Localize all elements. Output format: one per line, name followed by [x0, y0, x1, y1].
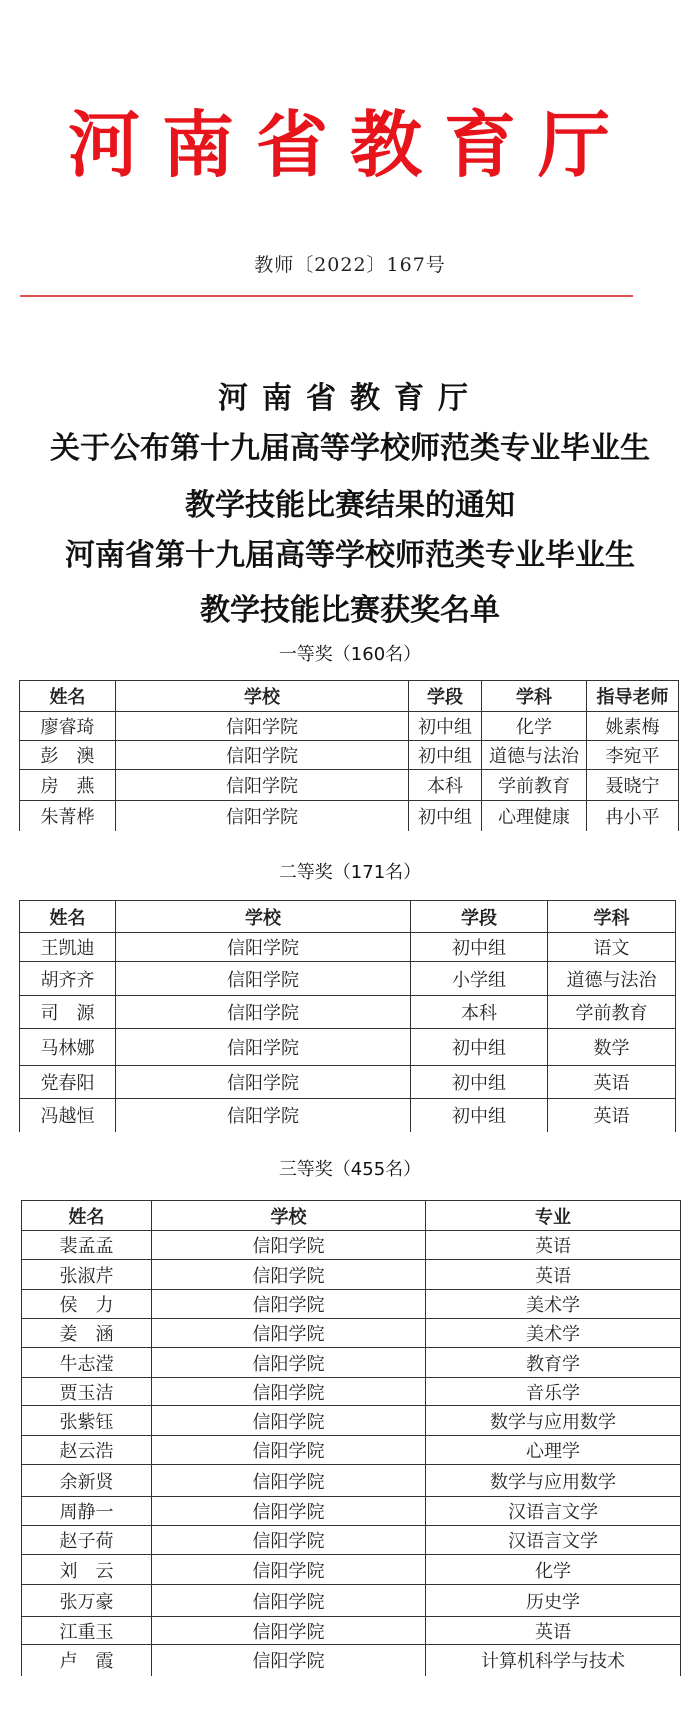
table-row: 贾玉洁信阳学院音乐学 [22, 1378, 681, 1406]
table-row: 房 燕信阳学院本科学前教育聂晓宁 [20, 770, 679, 801]
cell-advisor: 冉小平 [587, 801, 679, 831]
table-row: 司 源信阳学院本科学前教育 [20, 996, 676, 1029]
first-prize-table: 姓名 学校 学段 学科 指导老师 廖睿琦信阳学院初中组化学姚素梅 彭 澳信阳学院… [19, 680, 679, 831]
col-header: 学校 [116, 901, 411, 933]
cell-name: 廖睿琦 [20, 712, 116, 741]
cell-name: 侯 力 [22, 1290, 152, 1319]
cell-major: 汉语言文学 [426, 1526, 681, 1555]
col-header: 学段 [409, 681, 482, 712]
cell-school: 信阳学院 [116, 996, 411, 1029]
cell-name: 张淑芹 [22, 1260, 152, 1290]
cell-major: 数学与应用数学 [426, 1406, 681, 1436]
cell-subject: 化学 [482, 712, 587, 741]
table-row: 张淑芹信阳学院英语 [22, 1260, 681, 1290]
cell-name: 牛志滢 [22, 1348, 152, 1378]
cell-school: 信阳学院 [152, 1378, 426, 1406]
cell-school: 信阳学院 [116, 1066, 411, 1099]
table-header-row: 姓名 学校 学段 学科 [20, 901, 676, 933]
cell-name: 冯越恒 [20, 1099, 116, 1132]
cell-name: 王凯迪 [20, 933, 116, 962]
col-header: 姓名 [20, 901, 116, 933]
table-row: 周静一信阳学院汉语言文学 [22, 1497, 681, 1526]
cell-level: 本科 [411, 996, 548, 1029]
cell-level: 初中组 [409, 741, 482, 770]
table-row: 张万豪信阳学院历史学 [22, 1585, 681, 1617]
cell-school: 信阳学院 [152, 1645, 426, 1676]
cell-school: 信阳学院 [152, 1555, 426, 1585]
cell-major: 化学 [426, 1555, 681, 1585]
cell-level: 初中组 [411, 1066, 548, 1099]
cell-advisor: 聂晓宁 [587, 770, 679, 801]
table-row: 党春阳信阳学院初中组英语 [20, 1066, 676, 1099]
cell-advisor: 李宛平 [587, 741, 679, 770]
cell-subject: 英语 [548, 1066, 676, 1099]
cell-name: 姜 涵 [22, 1319, 152, 1348]
document-number: 教师〔2022〕167号 [0, 250, 700, 277]
table-row: 马林娜信阳学院初中组数学 [20, 1029, 676, 1066]
cell-major: 美术学 [426, 1319, 681, 1348]
col-header: 学科 [548, 901, 676, 933]
red-divider [20, 295, 633, 297]
cell-subject: 语文 [548, 933, 676, 962]
cell-subject: 学前教育 [548, 996, 676, 1029]
cell-school: 信阳学院 [152, 1585, 426, 1617]
table-row: 江重玉信阳学院英语 [22, 1617, 681, 1645]
cell-school: 信阳学院 [152, 1465, 426, 1497]
cell-level: 本科 [409, 770, 482, 801]
first-prize-heading: 一等奖（160名） [0, 640, 700, 666]
cell-subject: 心理健康 [482, 801, 587, 831]
masthead-char: 省 [256, 105, 350, 185]
cell-school: 信阳学院 [152, 1231, 426, 1260]
cell-subject: 道德与法治 [482, 741, 587, 770]
table-row: 余新贤信阳学院数学与应用数学 [22, 1465, 681, 1497]
col-header: 专业 [426, 1201, 681, 1231]
col-header: 学段 [411, 901, 548, 933]
third-prize-table: 姓名 学校 专业 裴孟孟信阳学院英语 张淑芹信阳学院英语 侯 力信阳学院美术学 … [21, 1200, 681, 1676]
cell-level: 初中组 [411, 1099, 548, 1132]
cell-major: 英语 [426, 1617, 681, 1645]
cell-subject: 学前教育 [482, 770, 587, 801]
cell-major: 数学与应用数学 [426, 1465, 681, 1497]
cell-name: 司 源 [20, 996, 116, 1029]
cell-major: 计算机科学与技术 [426, 1645, 681, 1676]
issuer-title: 河南省教育厅 [0, 373, 700, 417]
cell-major: 美术学 [426, 1290, 681, 1319]
notice-title-line2: 教学技能比赛结果的通知 [0, 480, 700, 524]
cell-name: 党春阳 [20, 1066, 116, 1099]
cell-school: 信阳学院 [116, 1099, 411, 1132]
table-row: 胡齐齐信阳学院小学组道德与法治 [20, 962, 676, 996]
cell-school: 信阳学院 [116, 1029, 411, 1066]
masthead-char: 厅 [538, 105, 632, 185]
cell-major: 英语 [426, 1231, 681, 1260]
cell-major: 历史学 [426, 1585, 681, 1617]
cell-school: 信阳学院 [152, 1436, 426, 1465]
table-row: 赵子荷信阳学院汉语言文学 [22, 1526, 681, 1555]
table-row: 姜 涵信阳学院美术学 [22, 1319, 681, 1348]
cell-name: 朱菁桦 [20, 801, 116, 831]
table-header-row: 姓名 学校 学段 学科 指导老师 [20, 681, 679, 712]
cell-school: 信阳学院 [152, 1260, 426, 1290]
table-row: 赵云浩信阳学院心理学 [22, 1436, 681, 1465]
cell-school: 信阳学院 [152, 1497, 426, 1526]
table-row: 朱菁桦信阳学院初中组心理健康冉小平 [20, 801, 679, 831]
cell-subject: 道德与法治 [548, 962, 676, 996]
cell-school: 信阳学院 [116, 712, 409, 741]
cell-name: 房 燕 [20, 770, 116, 801]
cell-school: 信阳学院 [152, 1319, 426, 1348]
cell-name: 卢 霞 [22, 1645, 152, 1676]
cell-school: 信阳学院 [152, 1348, 426, 1378]
table-row: 王凯迪信阳学院初中组语文 [20, 933, 676, 962]
masthead-char: 育 [444, 105, 538, 185]
col-header: 学校 [152, 1201, 426, 1231]
cell-school: 信阳学院 [152, 1406, 426, 1436]
list-title-line1: 河南省第十九届高等学校师范类专业毕业生 [0, 530, 700, 574]
cell-level: 初中组 [411, 933, 548, 962]
cell-name: 赵子荷 [22, 1526, 152, 1555]
cell-school: 信阳学院 [116, 962, 411, 996]
table-row: 张紫钰信阳学院数学与应用数学 [22, 1406, 681, 1436]
cell-name: 彭 澳 [20, 741, 116, 770]
cell-major: 英语 [426, 1260, 681, 1290]
cell-name: 余新贤 [22, 1465, 152, 1497]
table-row: 冯越恒信阳学院初中组英语 [20, 1099, 676, 1132]
cell-name: 裴孟孟 [22, 1231, 152, 1260]
list-title-line2: 教学技能比赛获奖名单 [0, 585, 700, 629]
cell-name: 张紫钰 [22, 1406, 152, 1436]
masthead-char: 河 [68, 105, 162, 185]
col-header: 指导老师 [587, 681, 679, 712]
cell-subject: 英语 [548, 1099, 676, 1132]
cell-level: 小学组 [411, 962, 548, 996]
cell-name: 张万豪 [22, 1585, 152, 1617]
cell-school: 信阳学院 [152, 1526, 426, 1555]
third-prize-heading: 三等奖（455名） [0, 1155, 700, 1181]
cell-advisor: 姚素梅 [587, 712, 679, 741]
masthead-char: 南 [162, 105, 256, 185]
cell-subject: 数学 [548, 1029, 676, 1066]
table-row: 刘 云信阳学院化学 [22, 1555, 681, 1585]
cell-school: 信阳学院 [152, 1617, 426, 1645]
table-row: 裴孟孟信阳学院英语 [22, 1231, 681, 1260]
cell-name: 赵云浩 [22, 1436, 152, 1465]
cell-school: 信阳学院 [116, 933, 411, 962]
cell-major: 音乐学 [426, 1378, 681, 1406]
notice-title-line1: 关于公布第十九届高等学校师范类专业毕业生 [0, 423, 700, 467]
col-header: 姓名 [22, 1201, 152, 1231]
cell-major: 心理学 [426, 1436, 681, 1465]
cell-school: 信阳学院 [116, 801, 409, 831]
table-row: 卢 霞信阳学院计算机科学与技术 [22, 1645, 681, 1676]
cell-school: 信阳学院 [152, 1290, 426, 1319]
cell-name: 江重玉 [22, 1617, 152, 1645]
cell-school: 信阳学院 [116, 770, 409, 801]
cell-level: 初中组 [409, 801, 482, 831]
cell-school: 信阳学院 [116, 741, 409, 770]
table-header-row: 姓名 学校 专业 [22, 1201, 681, 1231]
masthead-title: 河南省教育厅 [0, 105, 700, 185]
col-header: 学校 [116, 681, 409, 712]
cell-name: 贾玉洁 [22, 1378, 152, 1406]
table-row: 彭 澳信阳学院初中组道德与法治李宛平 [20, 741, 679, 770]
table-row: 廖睿琦信阳学院初中组化学姚素梅 [20, 712, 679, 741]
cell-name: 刘 云 [22, 1555, 152, 1585]
table-row: 侯 力信阳学院美术学 [22, 1290, 681, 1319]
cell-name: 周静一 [22, 1497, 152, 1526]
col-header: 姓名 [20, 681, 116, 712]
table-row: 牛志滢信阳学院教育学 [22, 1348, 681, 1378]
cell-level: 初中组 [409, 712, 482, 741]
cell-name: 胡齐齐 [20, 962, 116, 996]
second-prize-table: 姓名 学校 学段 学科 王凯迪信阳学院初中组语文 胡齐齐信阳学院小学组道德与法治… [19, 900, 676, 1132]
second-prize-heading: 二等奖（171名） [0, 858, 700, 884]
cell-major: 教育学 [426, 1348, 681, 1378]
col-header: 学科 [482, 681, 587, 712]
masthead-char: 教 [350, 105, 444, 185]
cell-name: 马林娜 [20, 1029, 116, 1066]
cell-level: 初中组 [411, 1029, 548, 1066]
cell-major: 汉语言文学 [426, 1497, 681, 1526]
